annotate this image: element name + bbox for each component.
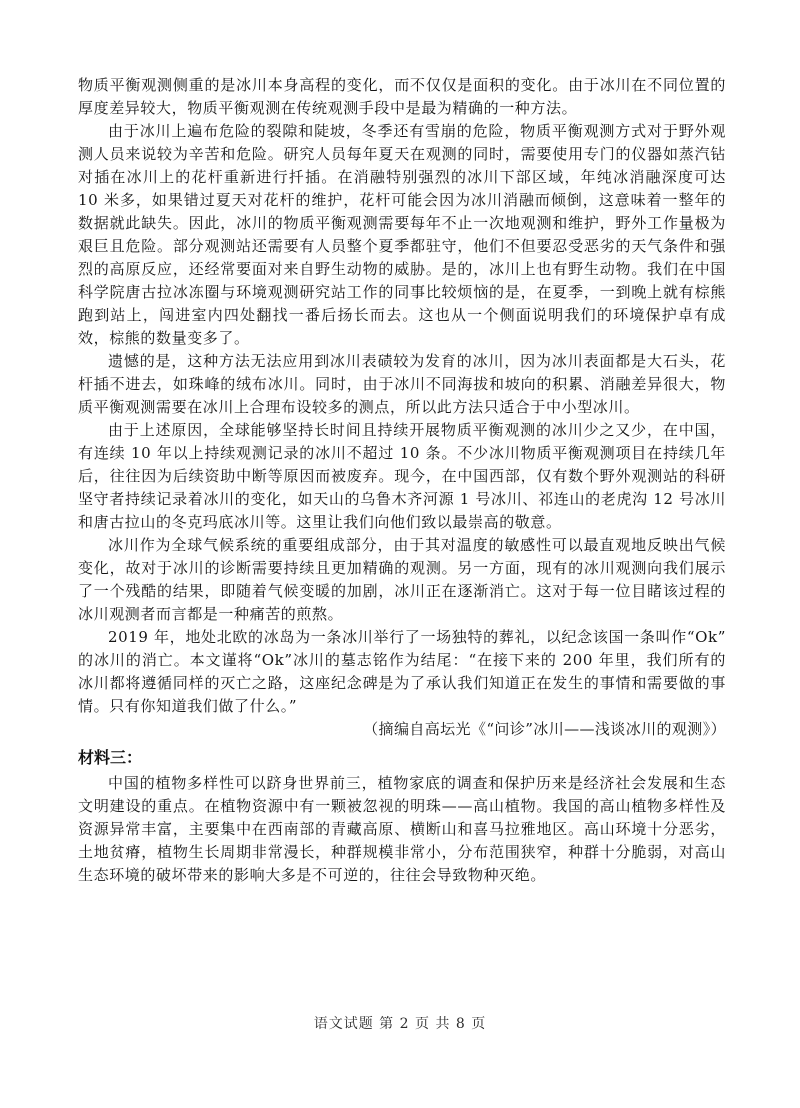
paragraph: 物质平衡观测侧重的是冰川本身高程的变化，而不仅仅是面积的变化。由于冰川在不同位置… — [78, 74, 726, 120]
paragraph: 2019 年，地处北欧的冰岛为一条冰川举行了一场独特的葬礼，以纪念该国一条叫作“… — [78, 626, 726, 718]
paragraph: 由于上述原因，全球能够坚持长时间且持续开展物质平衡观测的冰川少之又少，在中国，有… — [78, 419, 726, 534]
source-attribution: （摘编自高坛光《“问诊”冰川——浅谈冰川的观测》） — [78, 718, 726, 741]
paragraph: 由于冰川上遍布危险的裂隙和陡坡，冬季还有雪崩的危险，物质平衡观测方式对于野外观测… — [78, 120, 726, 350]
material3-heading: 材料三： — [78, 746, 726, 770]
paragraph: 遗憾的是，这种方法无法应用到冰川表碛较为发育的冰川，因为冰川表面都是大石头，花杆… — [78, 350, 726, 419]
paragraph: 中国的植物多样性可以跻身世界前三，植物家底的调查和保护历来是经济社会发展和生态文… — [78, 772, 726, 887]
document-body: 物质平衡观测侧重的是冰川本身高程的变化，而不仅仅是面积的变化。由于冰川在不同位置… — [78, 74, 726, 887]
exam-paper-page: 物质平衡观测侧重的是冰川本身高程的变化，而不仅仅是面积的变化。由于冰川在不同位置… — [0, 0, 800, 1108]
paragraph: 冰川作为全球气候系统的重要组成部分，由于其对温度的敏感性可以最直观地反映出气候变… — [78, 534, 726, 626]
page-footer: 语文试题 第 2 页 共 8 页 — [0, 1014, 800, 1034]
